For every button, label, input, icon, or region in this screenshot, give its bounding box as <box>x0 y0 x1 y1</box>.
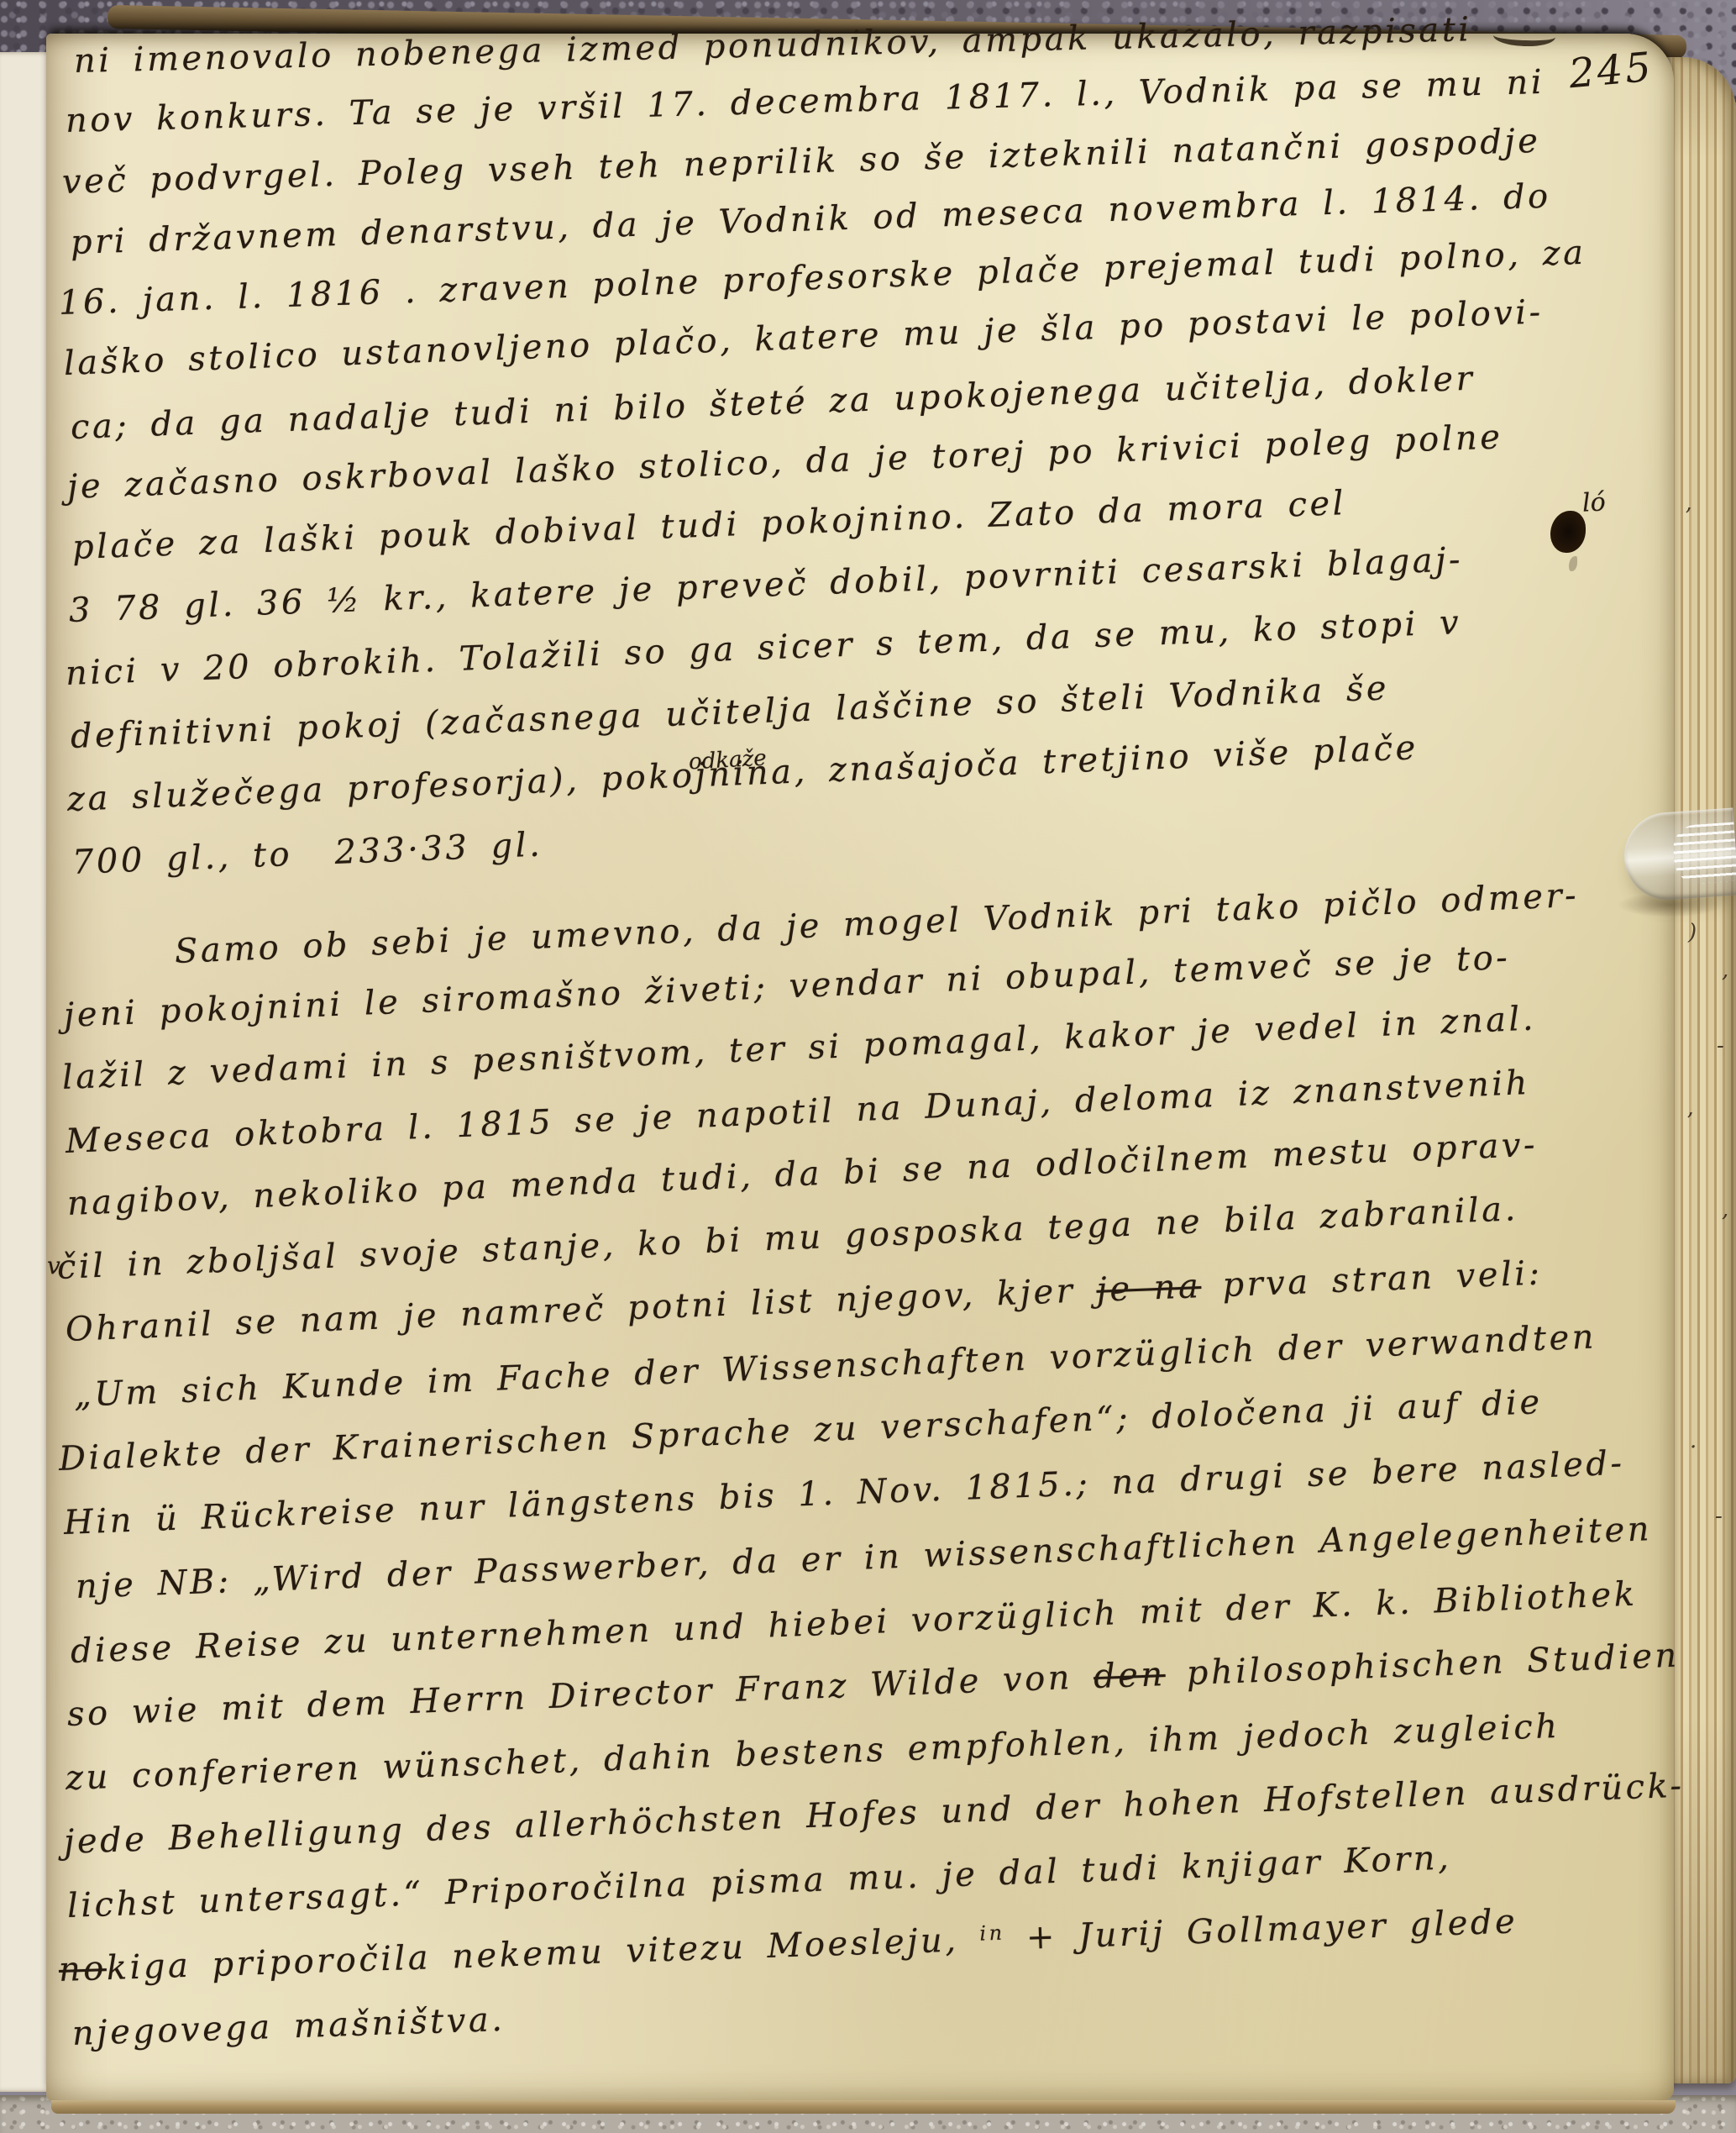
interlinear-insertion-2: ló <box>1581 487 1606 517</box>
interlinear-insertion-1: odkaže <box>688 746 767 775</box>
edge-ink-fragment: - <box>1717 1033 1724 1059</box>
edge-ink-fragment: ’ <box>1686 1109 1693 1134</box>
edge-ink-fragment: ’ <box>1685 504 1691 529</box>
struck-text: no <box>58 1949 107 1989</box>
superscript-text: in <box>979 1921 1005 1946</box>
struck-text: je na <box>1096 1267 1203 1310</box>
manuscript-photo: 245 ni imenovalo nobenega izmed ponudnik… <box>0 0 1736 2133</box>
edge-ink-fragment: ) <box>1688 920 1697 945</box>
struck-text: den <box>1093 1655 1166 1696</box>
edge-ink-fragment: - <box>1715 1504 1723 1529</box>
page-number: 245 <box>1567 44 1655 98</box>
interlinear-insertion-3: v <box>47 1252 60 1279</box>
edge-ink-fragment: , <box>1722 1197 1728 1222</box>
edge-ink-fragment: , <box>1722 958 1728 983</box>
edge-ink-fragment: . <box>1690 1428 1697 1453</box>
